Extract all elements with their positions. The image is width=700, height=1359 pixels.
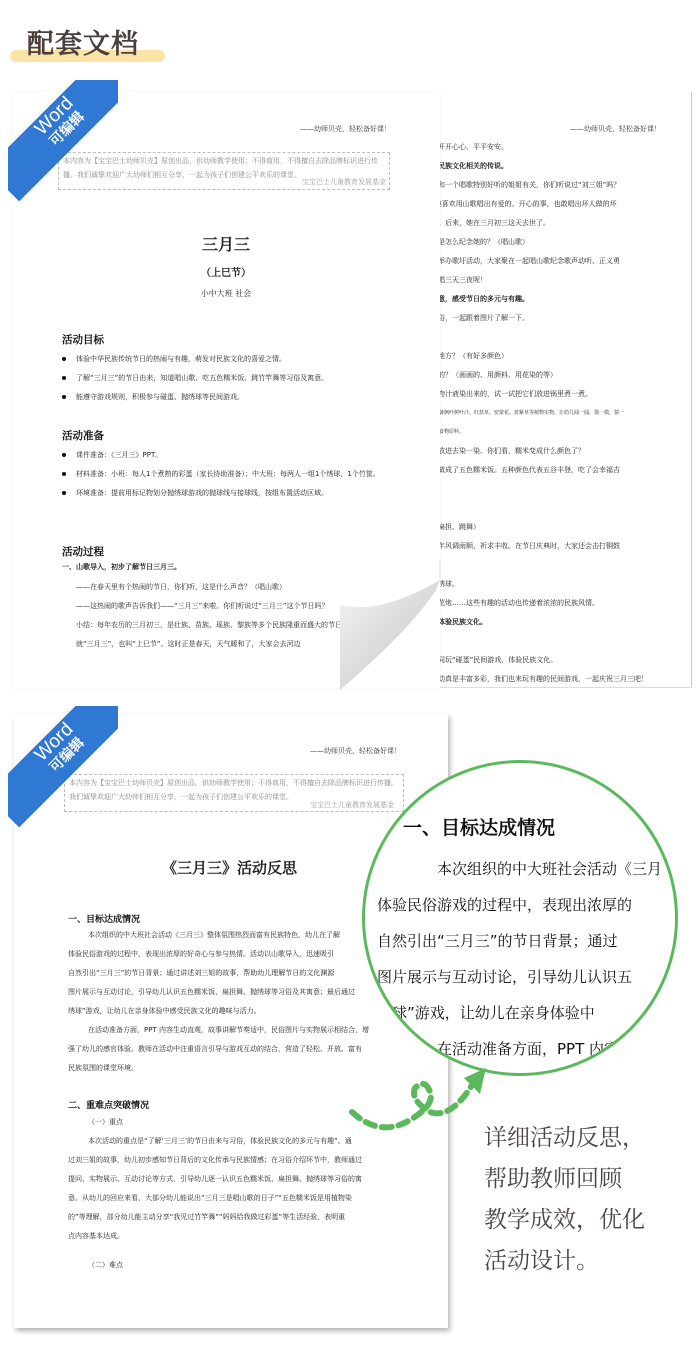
text-line: （敲扁担、跳舞） [424,518,692,537]
process-line: 小结：每年农历的三月初三，是壮族、苗族、瑶族、黎族等多个民族隆重而盛大的节日， [76,616,349,635]
section-1-heading: 一、目标达成情况 [68,912,140,925]
sub-heading-key-points: （一）重点 [88,1113,123,1132]
magnified-line: 本次组织的中大班社会活动《三月 [437,858,662,879]
magnified-line: 图片展示与互动讨论，引导幼儿认识五 [377,966,632,987]
section-2-paragraph: 本次活动的重点是“了解‘三月三’的节日由来与习俗，体验民族文化的多元与有趣”。通… [68,1132,428,1246]
prep-list: 课件准备：《三月三》PPT。 材料准备：小班：每人1个煮熟的彩蛋（家长协助准备）… [60,446,400,503]
magnifier-callout: 一、目标达成情况 本次组织的中大班社会活动《三月 体验民俗游戏的过程中，表现出浓… [362,760,678,1076]
process-line: 就“三月三”，也叫“上巳节”。这时正是春天，天气暖和了，大家会去河边 [76,635,301,654]
list-item: 体验中华民族传统节日的热闹与有趣，萌发对民族文化的喜爱之情。 [60,350,400,369]
text-line: 爱她。后来，她在三月初三这天去世了。 [424,214,692,233]
caption-line: 详细活动反思， [484,1118,645,1159]
text-line: 人们是怎么纪念她的？（唱山歌） [424,233,692,252]
text-line: 提前准备枫叶树叶汁、红蓝草、密蒙花、蓝紫草等植物实物，让幼儿闻一闻、摸一摸，猜一 [424,404,692,423]
text-line: ？这和一个唱歌特别好听的姐姐有关，你们听说过“刘三姐”吗？ [424,176,692,195]
text-line [424,556,692,575]
notice-signature: 宝宝巴士儿童教育发展基金 [302,175,386,189]
doc-subtitle: （上巳节） [12,264,440,279]
text-line: 方会举办歌圩活动，大家聚在一起唱山歌纪念歌声动听、正义勇 [424,252,692,271]
list-item: 能遵守游戏规则，积极参与碰蛋、抛绣球等民间游戏。 [60,388,400,407]
notice-signature: 宝宝巴士儿童教育发展基金 [310,800,394,810]
text-line: 、抛绣球。 [424,575,692,594]
text-line [424,499,692,518]
list-item: 环境准备：提前用标记物划分抛绣球游戏的抛球线与接球线，按组布置活动区域。 [60,484,400,503]
process-line: ——在春天里有个热闹的节日，你们听，这是什么声音？（唱山歌） [76,578,286,597]
lesson-doc-page-2: ——幼师贝壳，轻松备好课！ 一年开开心心、平平安安。道与民族文化相关的传说。？这… [420,92,692,688]
page-curl-graphic [340,560,450,690]
process-line: ——这热闹的歌声告诉我们——“三月三”来啦。你们听说过“三月三”这个节日吗？ [76,597,329,616]
process-heading: 活动过程 [62,544,104,559]
page-tagline: ——幼师贝壳，轻松备好课！ [300,124,391,134]
section-header: 配套文档 [10,22,165,62]
page-tagline: ——幼师贝壳，轻松备好课！ [570,124,661,134]
magnified-line: 自然引出“三月三”的节日背景；通过 [377,930,618,951]
magnified-line: 在活动准备方面，PPT 内容 [437,1038,619,1059]
text-line: 祝一年风调雨顺、祈求丰收。在节日庆典时，大家还会击打铜鼓 [424,537,692,556]
text-line: 幼儿同玩“碰蛋”民间游戏，体验民族文化。 [424,651,692,670]
text-line: 的习俗，一起跟着图片了解一下。 [424,309,692,328]
text-line: ，就做成了五色糯米饭。五种颜色代表五谷丰登，吃了会幸福吉 [424,461,692,480]
magnified-heading: 一、目标达成情况 [403,813,555,840]
doc-meta: 小中大班 社会 [12,288,440,299]
text-line: 及寓意，感受节日的多元与有趣。 [424,290,692,309]
doc-title: 三月三 [12,232,440,255]
magnified-line: 体验民俗游戏的过程中，表现出浓厚的 [377,894,632,915]
list-item: 材料准备：小班：每人1个煮熟的彩蛋（家长协助准备）；中大班：每两人一组1个绣球、… [60,465,400,484]
text-line: 么来的？（画画的、用颜料、用花染的等） [424,366,692,385]
text-line [424,632,692,651]
text-line: ”，她喜欢用山歌唱出有爱的、开心的事，也敢唱出坏人做的坏 [424,195,692,214]
prep-heading: 活动准备 [62,428,104,443]
page-2-body: 一年开开心心、平平安安。道与民族文化相关的传说。？这和一个唱歌特别好听的姐姐有关… [424,138,692,688]
process-step-1: 一、山歌导入，初步了解节日三月三。 [62,558,181,577]
word-editable-ribbon: Word 可编辑 [8,80,118,210]
sub-heading-difficulties: （二）难点 [88,1256,123,1275]
list-item: 了解“三月三”的节日由来，知道唱山歌、吃五色糯米饭、跳竹竿舞等习俗及寓意。 [60,369,400,388]
text-line: 一年开开心心、平平安安。 [424,138,692,157]
section-title: 配套文档 [27,22,139,61]
text-line: 染色的食物原料。 [424,423,692,442]
goals-list: 体验中华民族传统节日的热闹与有趣，萌发对民族文化的喜爱之情。 了解“三月三”的节… [60,350,400,407]
page-tagline: ——幼师贝壳，轻松备好课！ [310,746,401,756]
goals-heading: 活动目标 [62,332,104,347]
word-editable-ribbon: Word 可编辑 [8,706,118,836]
caption-line: 活动设计。 [484,1241,645,1282]
ribbon-band: Word 可编辑 [8,706,118,827]
feature-caption: 详细活动反思， 帮助教师回顾 教学成效，优化 活动设计。 [484,1118,645,1282]
text-line: 的会唱三天三夜呢！ [424,271,692,290]
text-line: 、抢花炮……这些有趣的活动也传递着浓浓的民族风情。 [424,594,692,613]
caption-line: 教学成效，优化 [484,1200,645,1241]
text-line: 用植物汁液染出来的，试一试把它们放进锅里煮一煮。 [424,385,692,404]
text-line: 糯米放进去染一染。你们看，糯米变成什么颜色了？ [424,442,692,461]
ribbon-band: Word 可编辑 [8,80,118,201]
caption-line: 帮助教师回顾 [484,1159,645,1200]
text-line [424,480,692,499]
text-line [424,328,692,347]
text-line: 别的地方？（有好多颜色） [424,347,692,366]
text-line: 道与民族文化相关的传说。 [424,157,692,176]
text-line: 戏，体验民族文化。 [424,613,692,632]
text-line: 的活动真是丰富多彩，我们也来玩有趣的民间游戏，一起庆祝三月三吧！ [424,670,692,688]
list-item: 课件准备：《三月三》PPT。 [60,446,400,465]
dashed-arrow-icon [340,1060,490,1140]
section-2-heading: 二、重难点突破情况 [68,1098,149,1111]
magnified-line: 绣球”游戏，让幼儿在亲身体验中 [377,1002,595,1023]
